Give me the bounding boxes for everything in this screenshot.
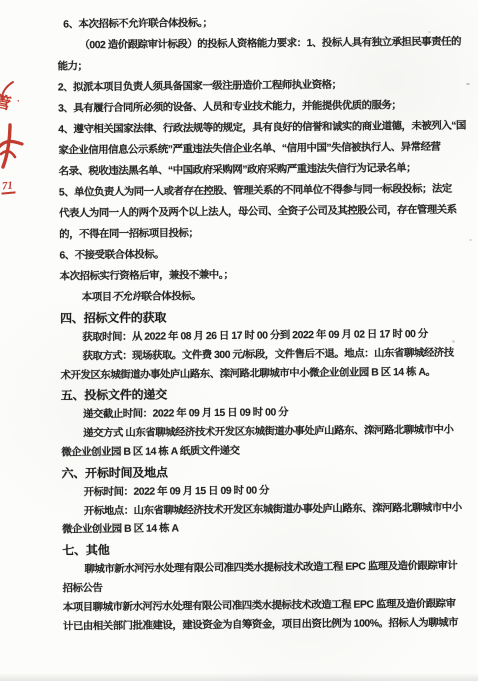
scan-speck <box>452 340 455 343</box>
seal-fragment-icon <box>0 122 24 170</box>
scan-speck <box>466 83 470 85</box>
margin-annotation-number: 71 <box>0 179 15 194</box>
doc-line: 递交方式 山东省聊城经济技术开发区东城街道办事处庐山路东、滦河路北聊城市中小 <box>61 422 475 445</box>
doc-line-prefix: 本项目 <box>82 292 112 303</box>
document-body: 6、本次招标不允许联合体投标。； （002 造价跟踪审计标段）的投标人资格能力要… <box>57 11 477 637</box>
scanned-page: 6、本次招标不允许联合体投标。； （002 造价跟踪审计标段）的投标人资格能力要… <box>0 0 478 2</box>
doc-line-italic-emphasis: 不允许 <box>112 292 142 303</box>
doc-line: 计已由相关部门批准建设，建设资金为自筹资金，项目出资比例为 100%。招标人为聊… <box>63 614 477 637</box>
doc-line: 聊城市新水河污水处理有限公司准四类水提标技术改造工程 EPC 监理及造价跟踪审计 <box>62 558 476 581</box>
doc-line-suffix: 联合体投标。 <box>141 291 201 303</box>
stamp-dot: · <box>17 96 20 106</box>
doc-line: 代表人为同一人的两个及两个以上法人，母公司、全资子公司及其控股公司，存在管理关系 <box>59 200 473 225</box>
page-edge-shadow <box>0 673 478 681</box>
doc-line: （002 造价跟踪审计标段）的投标人资格能力要求：1、投标人具有独立承担民事责任… <box>57 32 471 57</box>
scan-speck <box>469 239 472 241</box>
scan-speck <box>428 31 431 33</box>
